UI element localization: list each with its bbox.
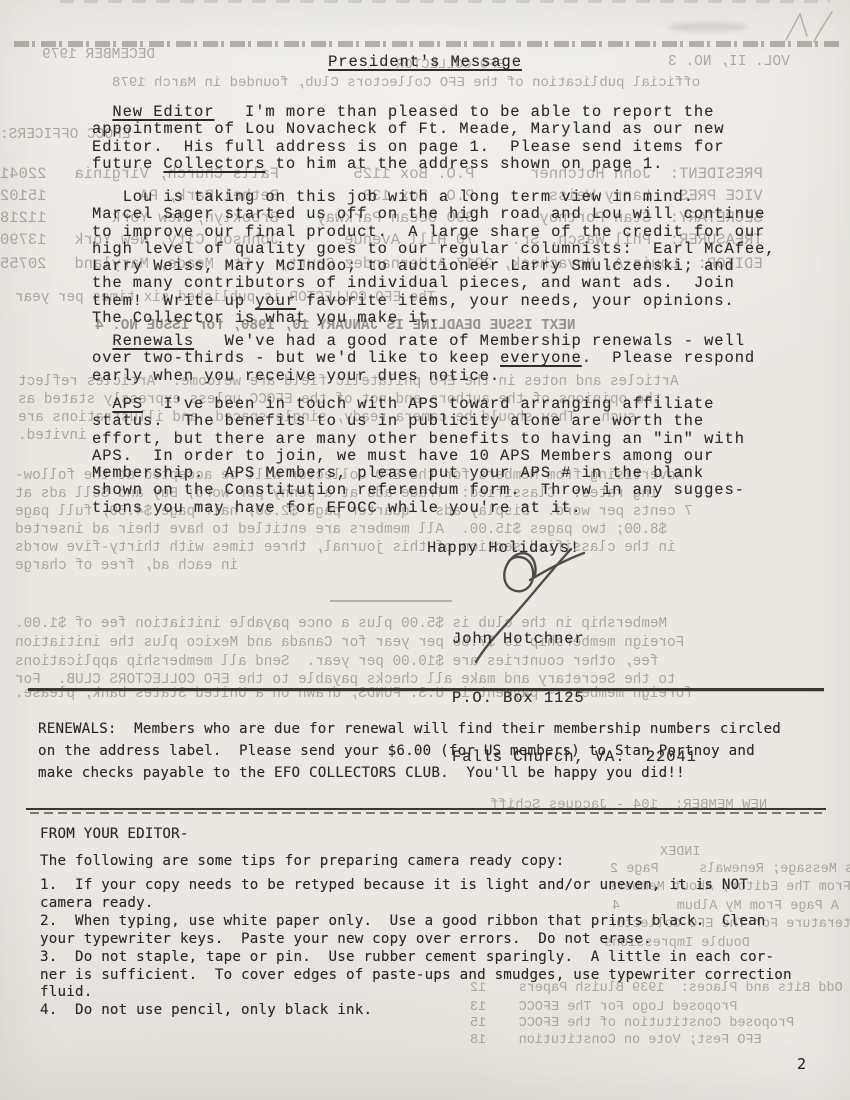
typewritten-line: The Collector is what you make it.: [92, 310, 776, 327]
typewritten-line: effort, but there are many other benefit…: [92, 431, 745, 448]
typewritten-line: New Editor I'm more than pleased to be a…: [92, 104, 725, 121]
typewritten-line: Renewals We've had a good rate of Member…: [92, 333, 755, 350]
horizontal-rule-1: [28, 688, 824, 691]
bleedthrough-line: President's Message; Renewals Page 2: [610, 862, 850, 877]
bleedthrough-line: INDEX: [660, 845, 701, 860]
editor-tips-list: 1. If your copy needs to be retyped beca…: [40, 877, 792, 1020]
editor-tip-line: fluid.: [40, 984, 792, 1002]
renewals-line: RENEWALS: Members who are due for renewa…: [38, 719, 781, 741]
typewritten-line: Membership. APS Members, please put your…: [92, 465, 745, 482]
bleedthrough-line: EFO Fest; Vote on Constitution 18: [470, 1033, 762, 1048]
editor-tip-line: camera ready.: [40, 895, 792, 913]
renewals-notice: RENEWALS: Members who are due for renewa…: [38, 719, 781, 784]
typewritten-line: APS. In order to join, we must have 10 A…: [92, 448, 745, 465]
message-paragraph: Renewals We've had a good rate of Member…: [92, 333, 755, 385]
editor-tip-line: 4. Do not use pencil, only black ink.: [40, 1002, 792, 1020]
renewals-line: on the address label. Please send your $…: [38, 741, 781, 763]
typewritten-line: status. The benefits to us in publicity …: [92, 413, 745, 430]
typewritten-line: appointment of Lou Novacheck of Ft. Mead…: [92, 121, 725, 138]
typewritten-line: Lou is taking on this job with a long te…: [92, 189, 776, 206]
typewritten-line: future Collectors to him at the address …: [92, 156, 725, 173]
typewritten-line: high level of quality goes to our regula…: [92, 241, 776, 258]
paper-smudge: [668, 22, 748, 32]
typewritten-line: them! Write up your favorite items, your…: [92, 293, 776, 310]
bleed-rule-fragment: [330, 600, 452, 602]
typewritten-line: the many contributors of individual piec…: [92, 275, 776, 292]
editor-tip-line: ner is sufficient. To cover edges of pas…: [40, 967, 792, 985]
horizontal-rule-2: [26, 808, 826, 810]
signer-po-box: P.O. Box 1125: [452, 689, 697, 709]
typewritten-line: tions you may have for EFOCC while you'r…: [92, 500, 745, 517]
bleedthrough-line: invited.: [18, 428, 87, 444]
editor-section-heading: FROM YOUR EDITOR-: [40, 826, 189, 842]
page-title-text: President's Message: [328, 53, 522, 71]
typewritten-line: over two-thirds - but we'd like to keep …: [92, 350, 755, 367]
scanned-newsletter-page: DECEMBER 1979VOL. II, NO. 3EFO COLLECTOR…: [0, 0, 850, 1100]
message-paragraph: New Editor I'm more than pleased to be a…: [92, 104, 725, 173]
renewals-line: make checks payable to the EFO COLLECTOR…: [38, 763, 781, 785]
page-number: 2: [797, 1055, 806, 1073]
typewritten-line: to improve our final product. A large sh…: [92, 224, 776, 241]
editor-tip-line: 1. If your copy needs to be retyped beca…: [40, 877, 792, 895]
signer-name: John Hotchner: [452, 630, 697, 650]
editor-section-intro: The following are some tips for preparin…: [40, 853, 565, 869]
message-paragraph: APS I've been in touch with APS toward a…: [92, 396, 745, 517]
typewritten-line: APS I've been in touch with APS toward a…: [92, 396, 745, 413]
editor-tip-line: 3. Do not staple, tape or pin. Use rubbe…: [40, 949, 792, 967]
bleedthrough-line: $8.00; two pages $15.00. All members are…: [15, 522, 667, 538]
pencil-check-mark: [780, 6, 836, 50]
message-paragraph: Lou is taking on this job with a long te…: [92, 189, 776, 327]
typewritten-line: early when you receive your dues notice.: [92, 368, 755, 385]
typewritten-line: shown on the Constitution referendum for…: [92, 482, 745, 499]
editor-tip-line: your typewriter keys. Paste your new cop…: [40, 931, 792, 949]
typewritten-line: Marcel Sager started us off on the high …: [92, 206, 776, 223]
typewritten-line: Larry Weiss, Mary McIndoo; to auctioneer…: [92, 258, 776, 275]
horizontal-rule-2-dashes: [30, 812, 822, 814]
bleedthrough-line: in each ad, free of charge: [15, 558, 238, 574]
editor-tip-line: 2. When typing, use white paper only. Us…: [40, 913, 792, 931]
typewritten-line: Editor. His full address is on page 1. P…: [92, 139, 725, 156]
bleedthrough-line: official publication of the EFO Collecto…: [112, 75, 700, 91]
page-title: President's Message: [0, 54, 850, 71]
bleed-dashed-border-top-edge: [60, 0, 830, 3]
